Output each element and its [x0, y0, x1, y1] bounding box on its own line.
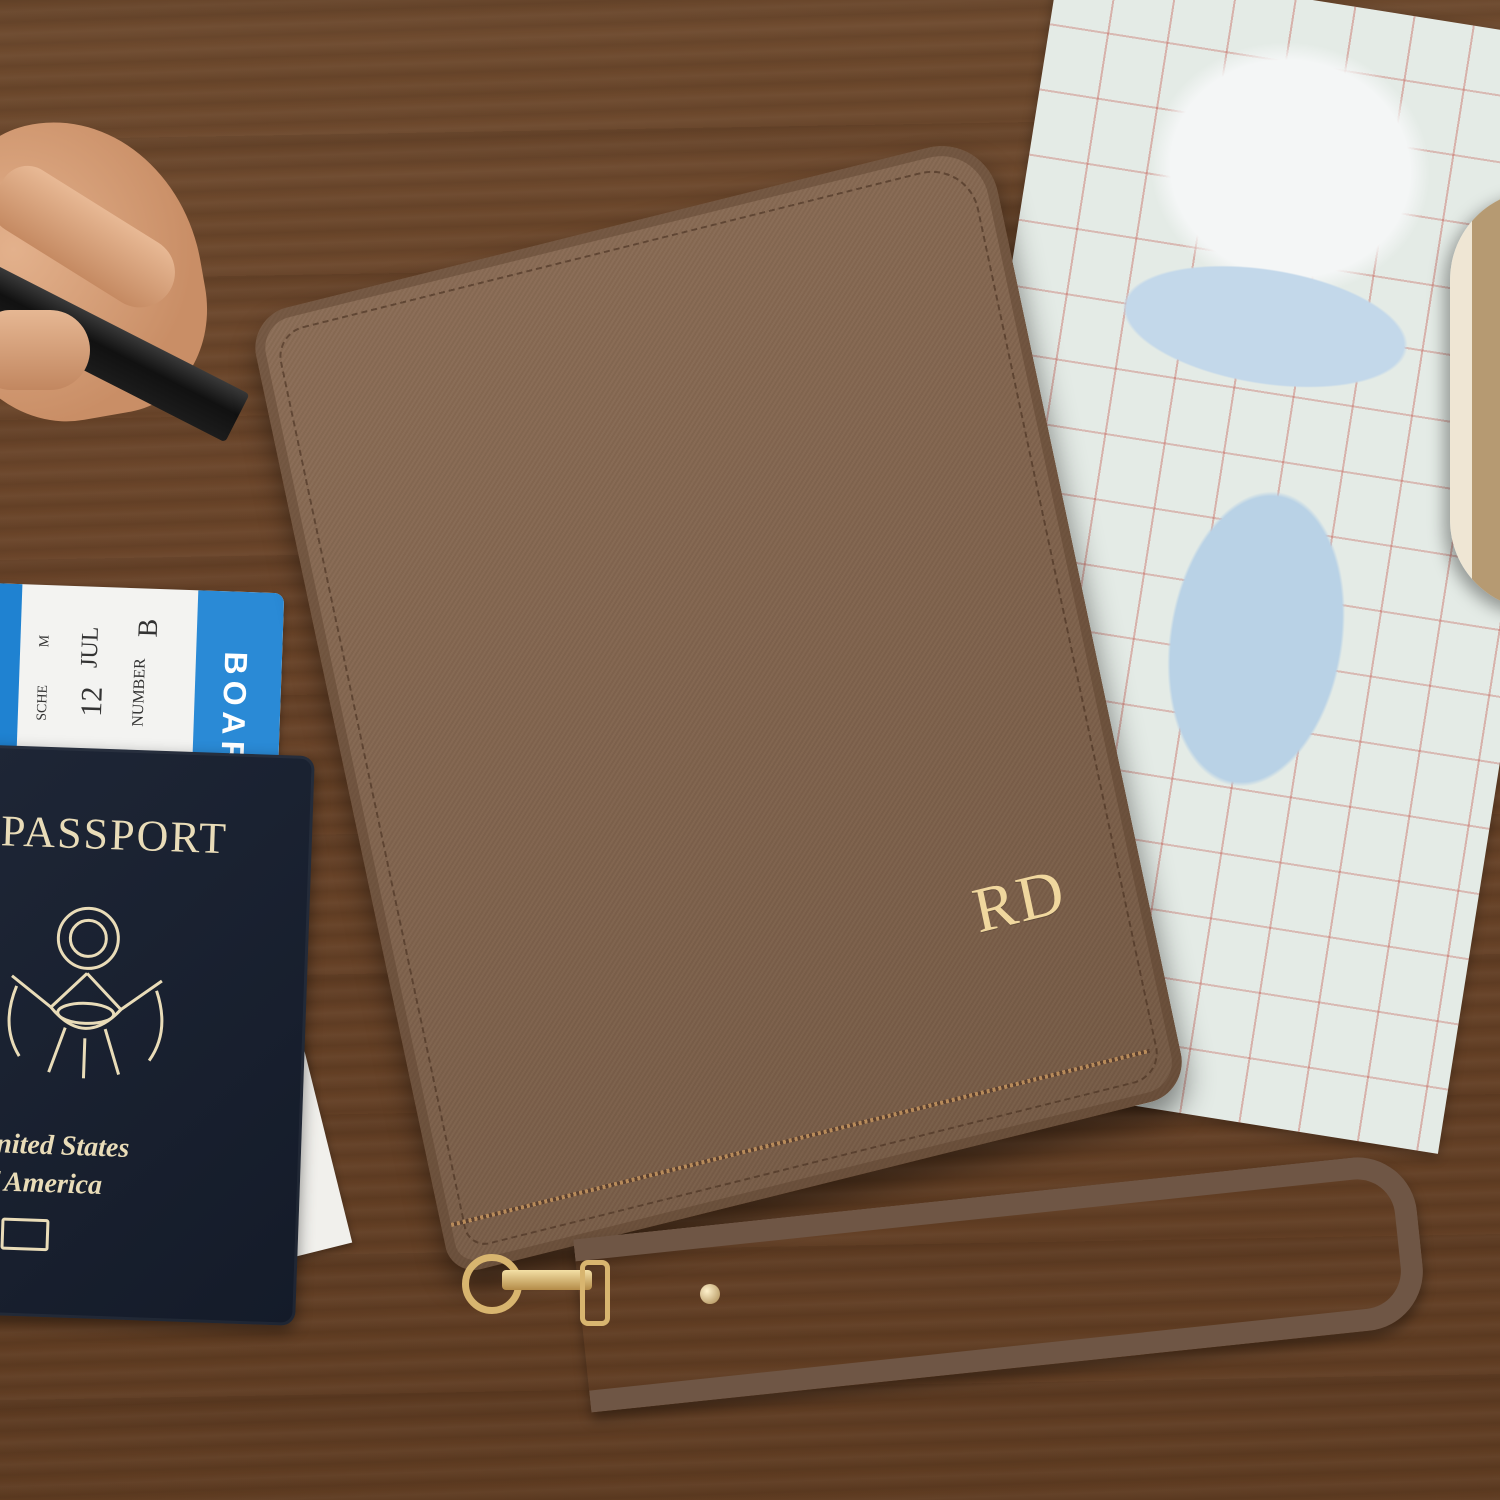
passport-country: United States of America: [0, 1125, 130, 1206]
boarding-pass-field: NUMBER: [130, 658, 150, 727]
coffee-cup: [1450, 190, 1500, 610]
passport-title: PASSPORT: [0, 805, 229, 864]
passport-country-line1: United States: [0, 1125, 130, 1168]
biometric-chip-icon: [0, 1218, 49, 1252]
passport: PASSPORT United States of America: [0, 744, 315, 1326]
clasp-bar: [502, 1270, 592, 1290]
boarding-pass-field: B: [133, 618, 166, 638]
strap-rivet: [700, 1284, 720, 1304]
eagle-seal-icon: [0, 895, 185, 1092]
passport-country-line2: of America: [0, 1163, 129, 1206]
zipper-clasp: [462, 1248, 622, 1308]
boarding-pass-field: M: [37, 635, 53, 648]
clasp-loop: [580, 1260, 610, 1326]
hand-thumb: [0, 310, 90, 390]
boarding-pass-field: JUL: [77, 626, 105, 668]
boarding-pass-field: SCHE: [35, 685, 52, 721]
boarding-pass-field: 12: [75, 686, 110, 717]
